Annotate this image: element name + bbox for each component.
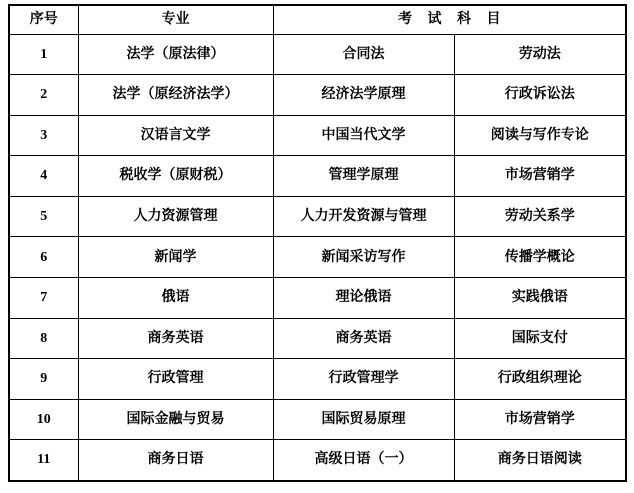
cell-subject1: 行政管理学: [273, 359, 454, 400]
table-row: 3 汉语言文学 中国当代文学 阅读与写作专论: [9, 115, 626, 156]
cell-no: 5: [9, 196, 78, 237]
cell-major: 法学（原经济法学）: [78, 75, 273, 116]
cell-major: 俄语: [78, 278, 273, 319]
table-row: 6 新闻学 新闻采访写作 传播学概论: [9, 237, 626, 278]
cell-no: 10: [9, 399, 78, 440]
cell-subject1: 高级日语（一）: [273, 440, 454, 481]
cell-subject2: 劳动关系学: [454, 196, 626, 237]
cell-subject1: 国际贸易原理: [273, 399, 454, 440]
cell-major: 商务日语: [78, 440, 273, 481]
cell-subject2: 市场营销学: [454, 156, 626, 197]
table-row: 7 俄语 理论俄语 实践俄语: [9, 278, 626, 319]
exam-subjects-table: 序号 专业 考 试 科 目 1 法学（原法律） 合同法 劳动法 2 法学（原经济…: [8, 4, 627, 482]
document-page: 序号 专业 考 试 科 目 1 法学（原法律） 合同法 劳动法 2 法学（原经济…: [0, 0, 634, 493]
cell-subject2: 行政组织理论: [454, 359, 626, 400]
cell-major: 国际金融与贸易: [78, 399, 273, 440]
header-col-no: 序号: [9, 5, 78, 34]
cell-no: 6: [9, 237, 78, 278]
table-row: 2 法学（原经济法学） 经济法学原理 行政诉讼法: [9, 75, 626, 116]
cell-major: 新闻学: [78, 237, 273, 278]
table-row: 4 税收学（原财税） 管理学原理 市场营销学: [9, 156, 626, 197]
cell-subject1: 人力开发资源与管理: [273, 196, 454, 237]
cell-no: 9: [9, 359, 78, 400]
cell-subject1: 合同法: [273, 34, 454, 75]
table-row: 9 行政管理 行政管理学 行政组织理论: [9, 359, 626, 400]
cell-subject2: 劳动法: [454, 34, 626, 75]
cell-subject2: 行政诉讼法: [454, 75, 626, 116]
cell-major: 税收学（原财税）: [78, 156, 273, 197]
cell-no: 3: [9, 115, 78, 156]
cell-subject1: 中国当代文学: [273, 115, 454, 156]
cell-subject2: 商务日语阅读: [454, 440, 626, 481]
table-row: 8 商务英语 商务英语 国际支付: [9, 318, 626, 359]
cell-no: 8: [9, 318, 78, 359]
cell-no: 4: [9, 156, 78, 197]
table-body: 1 法学（原法律） 合同法 劳动法 2 法学（原经济法学） 经济法学原理 行政诉…: [9, 34, 626, 481]
cell-subject2: 阅读与写作专论: [454, 115, 626, 156]
cell-major: 汉语言文学: [78, 115, 273, 156]
cell-no: 1: [9, 34, 78, 75]
cell-subject2: 实践俄语: [454, 278, 626, 319]
cell-major: 商务英语: [78, 318, 273, 359]
cell-no: 7: [9, 278, 78, 319]
cell-major: 法学（原法律）: [78, 34, 273, 75]
cell-subject1: 理论俄语: [273, 278, 454, 319]
cell-subject2: 传播学概论: [454, 237, 626, 278]
header-row: 序号 专业 考 试 科 目: [9, 5, 626, 34]
table-row: 1 法学（原法律） 合同法 劳动法: [9, 34, 626, 75]
cell-subject2: 国际支付: [454, 318, 626, 359]
cell-subject1: 经济法学原理: [273, 75, 454, 116]
table-row: 11 商务日语 高级日语（一） 商务日语阅读: [9, 440, 626, 481]
cell-major: 行政管理: [78, 359, 273, 400]
cell-no: 11: [9, 440, 78, 481]
table-header: 序号 专业 考 试 科 目: [9, 5, 626, 34]
cell-subject2: 市场营销学: [454, 399, 626, 440]
cell-no: 2: [9, 75, 78, 116]
cell-subject1: 新闻采访写作: [273, 237, 454, 278]
header-col-subjects: 考 试 科 目: [273, 5, 626, 34]
table-row: 5 人力资源管理 人力开发资源与管理 劳动关系学: [9, 196, 626, 237]
header-col-major: 专业: [78, 5, 273, 34]
cell-subject1: 商务英语: [273, 318, 454, 359]
cell-major: 人力资源管理: [78, 196, 273, 237]
table-row: 10 国际金融与贸易 国际贸易原理 市场营销学: [9, 399, 626, 440]
cell-subject1: 管理学原理: [273, 156, 454, 197]
